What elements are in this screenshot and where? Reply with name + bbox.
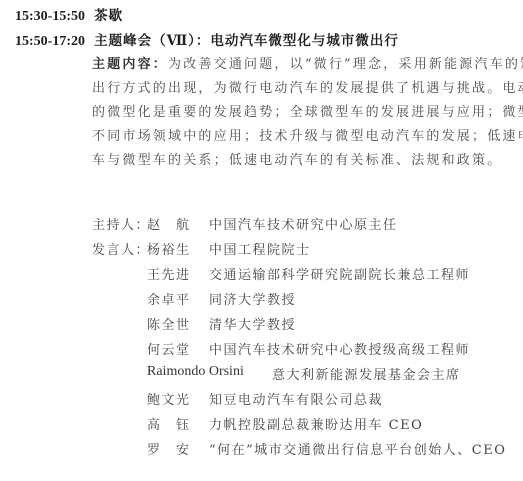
speaker-title: 知豆电动汽车有限公司总裁 xyxy=(209,389,383,408)
schedule-time: 15:50-17:20 xyxy=(15,34,85,49)
speaker-title: 中国工程院院士 xyxy=(209,239,311,258)
schedule-title: 茶歇 xyxy=(94,8,123,24)
speaker-title: 交通运输部科学研究院副院长兼总工程师 xyxy=(209,264,470,283)
host-label: 主持人： xyxy=(92,214,150,233)
speaker-title: 清华大学教授 xyxy=(209,314,296,333)
speaker-row: 高 钰 力帆控股副总裁兼盼达用车 CEO xyxy=(92,414,512,432)
speakers-label: 发言人： xyxy=(92,239,150,258)
topic-line: 不同市场领域中的应用；技术升级与微型电动汽车的发展；低速电动汽 xyxy=(92,125,523,144)
topic-label: 主题内容： xyxy=(92,57,168,72)
speaker-row: 陈全世 清华大学教授 xyxy=(92,314,512,332)
speaker-title: 力帆控股副总裁兼盼达用车 CEO xyxy=(209,414,423,433)
speaker-row: 王先进 交通运输部科学研究院副院长兼总工程师 xyxy=(92,264,512,282)
speaker-name: 高 钰 xyxy=(147,414,191,433)
host-row: 主持人： 赵 航 中国汽车技术研究中心原主任 xyxy=(92,214,512,232)
speaker-name: 王先进 xyxy=(147,264,191,283)
speaker-name: 鲍文光 xyxy=(147,389,191,408)
schedule-time: 15:30-15:50 xyxy=(15,9,85,24)
speaker-name: Raimondo Orsini xyxy=(147,364,244,380)
host-title: 中国汽车技术研究中心原主任 xyxy=(209,214,398,233)
speaker-name: 杨裕生 xyxy=(147,239,191,258)
speaker-title: “何在”城市交通微出行信息平台创始人、CEO xyxy=(209,439,506,458)
speaker-name: 罗 安 xyxy=(147,439,191,458)
speaker-title: 意大利新能源发展基金会主席 xyxy=(272,364,461,383)
host-name: 赵 航 xyxy=(147,214,191,233)
topic-line: 主题内容：为改善交通问题，以“微行”理念，采用新能源汽车的短途 xyxy=(92,53,523,72)
speaker-name: 何云堂 xyxy=(147,339,191,358)
topic-text: 为改善交通问题，以“微行”理念，采用新能源汽车的短途 xyxy=(168,57,523,72)
topic-line: 车与微型车的关系；低速电动汽车的有关标准、法规和政策。 xyxy=(92,149,502,168)
speaker-row: 罗 安 “何在”城市交通微出行信息平台创始人、CEO xyxy=(92,439,512,457)
speaker-row: 何云堂 中国汽车技术研究中心教授级高级工程师 xyxy=(92,339,512,357)
schedule-row-break: 15:30-15:50 茶歇 xyxy=(15,4,123,25)
schedule-title: 主题峰会（Ⅶ）：电动汽车微型化与城市微出行 xyxy=(94,33,399,49)
speaker-title: 中国汽车技术研究中心教授级高级工程师 xyxy=(209,339,470,358)
speaker-row: 余卓平 同济大学教授 xyxy=(92,289,512,307)
topic-line: 的微型化是重要的发展趋势；全球微型车的发展进展与应用；微型车在 xyxy=(92,101,523,120)
speaker-row: 发言人： 杨裕生 中国工程院院士 xyxy=(92,239,512,257)
speaker-name: 陈全世 xyxy=(147,314,191,333)
speaker-title: 同济大学教授 xyxy=(209,289,296,308)
speaker-name: 余卓平 xyxy=(147,289,191,308)
schedule-row-summit: 15:50-17:20 主题峰会（Ⅶ）：电动汽车微型化与城市微出行 xyxy=(15,29,399,50)
speaker-row: 鲍文光 知豆电动汽车有限公司总裁 xyxy=(92,389,512,407)
speaker-row: Raimondo Orsini 意大利新能源发展基金会主席 xyxy=(92,364,512,382)
topic-line: 出行方式的出现，为微行电动汽车的发展提供了机遇与挑战。电动汽车 xyxy=(92,77,523,96)
